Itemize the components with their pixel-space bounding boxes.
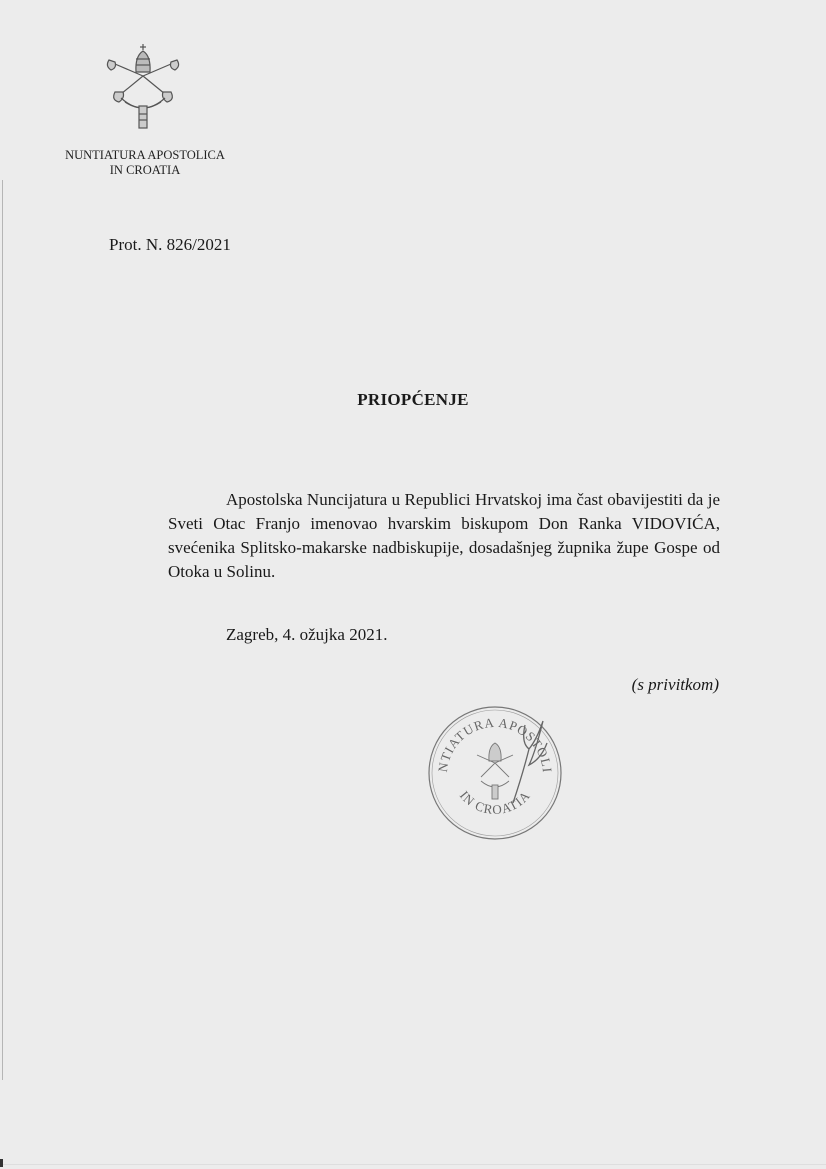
letterhead-organization: NUNTIATURA APOSTOLICA IN CROATIA [40,148,250,178]
org-name: NUNTIATURA APOSTOLICA [40,148,250,163]
enclosure-note: (s privitkom) [632,675,719,695]
protocol-number: Prot. N. 826/2021 [109,235,231,255]
announcement-body: Apostolska Nuncijatura u Republici Hrvat… [168,488,720,584]
place-and-date: Zagreb, 4. ožujka 2021. [226,625,387,645]
document-title: PRIOPĆENJE [0,390,826,410]
scan-corner-mark [0,1159,3,1167]
body-paragraph: Apostolska Nuncijatura u Republici Hrvat… [168,490,720,581]
official-seal-icon: NUNTIATURA APOSTOLICA IN CROATIA [425,703,565,843]
scan-bottom-line [0,1164,826,1165]
papal-crest-icon [103,42,183,142]
scan-edge-line [2,180,3,1080]
org-country: IN CROATIA [40,163,250,178]
